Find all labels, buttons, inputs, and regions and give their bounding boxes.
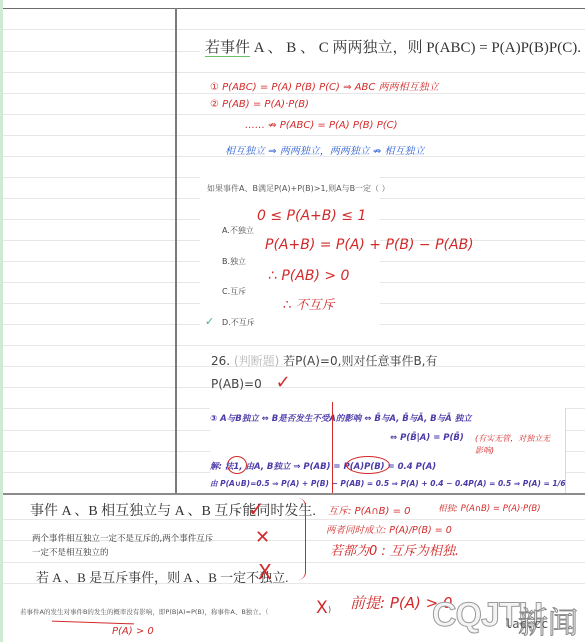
option-d[interactable]: D.不互斥 [222, 317, 255, 328]
judgement-question-26: 26. (判断题) 若P(A)=0,则对任意事件B,有 [211, 352, 438, 369]
ruled-line [3, 135, 585, 136]
note-line-4: 相互独立 ⇒ 两两独立，两两独立 ⇏ 相互独立 [225, 142, 424, 157]
section-separator [3, 493, 585, 495]
side-note-2: 两者同时成立: P(A)/P(B) = 0 [326, 522, 452, 536]
statement-4-close: ) [328, 605, 331, 614]
handwritten-note-image: ③ A与B独立 ⇔ B是否发生不受A的影响 ⇔ B̄与A, B̄与Ā, B与Ā … [210, 408, 566, 494]
question-prefix: 若事件 [205, 40, 250, 57]
side-note-3: 若都为0 : 互斥为相独. [330, 540, 459, 559]
option-c[interactable]: C.互斥 [222, 286, 246, 297]
statement-3-mark: X [258, 560, 272, 584]
checkmark-icon: ✓ [205, 315, 214, 328]
circle-annotation [346, 456, 390, 474]
note-line-2: ② P(AB) = P(A)·P(B) [210, 99, 309, 110]
statement-2: 两个事件相互独立一定不是互斥的,两个事件互斥 [32, 532, 213, 544]
note-line-3: …… ⇏ P(ABC) = P(A) P(B) P(C) [245, 120, 398, 131]
left-green-edge [0, 0, 3, 642]
question-body: A 、 B 、 C 两两独立，则 P(ABC) = P(A)P(B)P(C). [250, 40, 581, 56]
statement-4: 若事件A的发生对事件B的发生的概率没有影响，即P(B|A)=P(B)，称事件A、… [20, 607, 269, 616]
statement-1-mark: ✓ [248, 497, 265, 521]
red-vertical-stroke [332, 402, 333, 494]
ruled-line [3, 387, 585, 388]
note-image-red-remark: (有实无管，对独立无影响) [475, 433, 555, 457]
side-note-1a: 互斥: P(A∩B) = 0 [328, 502, 411, 517]
top-border [2, 8, 585, 9]
ruled-line [3, 345, 585, 346]
option-a[interactable]: A.不独立 [222, 225, 254, 236]
choice-question: 如果事件A、B满足P(A)+P(B)>1,则A与B一定（ ） [207, 183, 390, 194]
choice-note-4: ∴ 不互斥 [283, 294, 334, 313]
note-image-line-1: ③ A与B独立 ⇔ B是否发生不受A的影响 ⇔ B̄与A, B̄与Ā, B与Ā … [210, 412, 472, 424]
statement-4-mark: X [316, 598, 328, 618]
note-line-1: ① P(ABC) = P(A) P(B) P(C) ⇒ ABC 两两相互独立 [210, 78, 439, 93]
option-b[interactable]: B.独立 [222, 256, 246, 267]
watermark-url: lac.cc [505, 617, 548, 631]
statement-2-line-2: 一定不是相互独立的 [32, 546, 109, 558]
circle-annotation [227, 456, 247, 474]
question-26-line-2: P(AB)=0 ✓ [211, 372, 291, 393]
choice-note-2: P(A+B) = P(A) + P(B) − P(AB) [265, 237, 474, 253]
ruled-line [3, 562, 585, 563]
choice-note-1: 0 ≤ P(A+B) ≤ 1 [257, 208, 366, 224]
check-mark: ✓ [276, 372, 291, 393]
red-brace [297, 498, 306, 580]
under-note: P(A) > 0 [112, 626, 154, 637]
choice-note-3: ∴ P(AB) > 0 [268, 268, 349, 284]
question-type-tag: (判断题) [234, 354, 279, 368]
question-number: 26. [211, 354, 230, 368]
statement-3: 若 A 、B 是互斥事件，则 A 、B 一定不独立. [36, 567, 288, 586]
statement-1: 事件 A 、B 相互独立与 A 、B 互斥能同时发生. [30, 500, 316, 520]
question-text-2: P(AB)=0 [211, 377, 262, 391]
ruled-line [3, 114, 585, 115]
side-note-1b: 相独: P(A∩B) = P(A)·P(B) [438, 502, 541, 514]
ruled-line [3, 72, 585, 73]
red-underline [52, 621, 134, 625]
top-band [0, 0, 585, 8]
margin-line [175, 8, 177, 494]
statement-2-mark: ✕ [255, 527, 270, 548]
ruled-line [3, 93, 585, 94]
note-image-line-4: 由 P(A∪B)=0.5 ⇒ P(A) + P(B) − P(AB) = 0.5… [210, 478, 566, 489]
note-image-line-2: ⇔ P(B̄|A) = P(B̄) [390, 433, 464, 443]
question-text: 若P(A)=0,则对任意事件B,有 [283, 354, 437, 368]
question-abc-independent: 若事件 A 、 B 、 C 两两独立，则 P(ABC) = P(A)P(B)P(… [205, 36, 581, 57]
ruled-line [3, 29, 585, 30]
